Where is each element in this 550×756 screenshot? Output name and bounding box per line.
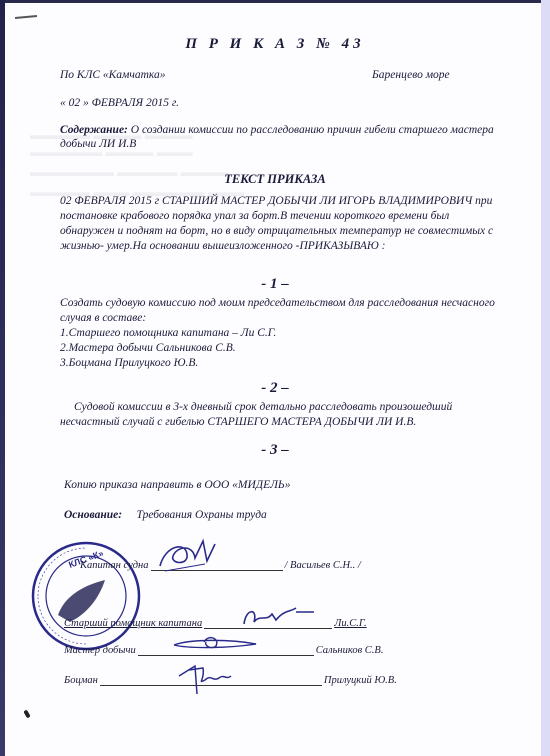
body-line: обнаружен и поднят на борт, но в виду от… (60, 224, 493, 239)
item-number-3: - 3 – (0, 442, 550, 459)
signature-name: / Васильев С.Н.. / (285, 560, 361, 571)
order-body: 02 ФЕВРАЛЯ 2015 г СТАРШИЙ МАСТЕР ДОБЫЧИ … (60, 194, 493, 254)
body-line: 02 ФЕВРАЛЯ 2015 г СТАРШИЙ МАСТЕР ДОБЫЧИ … (60, 194, 493, 209)
item-1-text: Создать судовую комиссию под моим предсе… (60, 296, 495, 371)
ship-stamp: КЛС «К» (30, 540, 142, 652)
signature-name: Ли.С.Г. (334, 618, 366, 629)
item-line: Создать судовую комиссию под моим предсе… (60, 296, 495, 311)
item-number-1: - 1 – (0, 276, 550, 293)
location: Баренцево море (372, 68, 450, 82)
subject-label: Содержание: (60, 124, 128, 136)
subject-line: Содержание: О создании комиссии по рассл… (60, 123, 494, 137)
item-line: случая в составе: (60, 311, 495, 326)
body-line: постановке крабового порядка упал за бор… (60, 209, 493, 224)
scan-edge-right (541, 0, 550, 756)
item-line: несчастный случай с гибелью СТАРШЕГО МАС… (60, 415, 452, 430)
ink-spot (23, 710, 30, 719)
item-line: 2.Мастера добычи Сальникова С.В. (60, 341, 495, 356)
pen-mark (15, 15, 37, 19)
order-date: « 02 » ФЕВРАЛЯ 2015 г. (60, 96, 179, 110)
subject-text: О создании комиссии по расследованию при… (131, 124, 494, 136)
basis-line: Основание: Требования Охраны труда (64, 508, 267, 522)
order-title: П Р И К А З № 43 (0, 36, 550, 53)
item-line: 3.Боцмана Прилуцкого Ю.В. (60, 356, 495, 371)
scan-edge-left (0, 0, 5, 756)
signature-name: Прилуцкий Ю.В. (324, 675, 397, 686)
signature-row-first-mate: Старший помощник капитана Ли.С.Г. (64, 616, 367, 629)
section-heading: ТЕКСТ ПРИКАЗА (0, 172, 550, 187)
basis-label: Основание: (64, 509, 122, 521)
subject-line-2: добычи ЛИ И.В (60, 137, 136, 151)
item-2-text: Судовой комиссии в 3-х дневный срок дета… (60, 400, 452, 430)
body-line: жизнью- умер.На основании вышеизложенног… (60, 239, 493, 254)
vessel-name: По КЛС «Камчатка» (60, 68, 166, 82)
first-mate-signature (240, 604, 320, 628)
scan-edge-top (0, 0, 550, 3)
item-number-2: - 2 – (0, 380, 550, 397)
signature-name: Сальников С.В. (316, 645, 384, 656)
captain-signature (155, 536, 235, 576)
signature-role: Боцман (64, 675, 98, 686)
signature-role: Старший помощник капитана (64, 618, 202, 629)
signature-role: Мастер добычи (64, 645, 136, 656)
item-line: 1.Старшего помощника капитана – Ли С.Г. (60, 326, 495, 341)
item-3-text: Копию приказа направить в ООО «МИДЕЛЬ» (64, 478, 290, 492)
fishing-master-signature (170, 636, 260, 652)
basis-text: Требования Охраны труда (136, 509, 266, 521)
item-line: Судовой комиссии в 3-х дневный срок дета… (60, 400, 452, 415)
signature-role: Капитан судна (80, 560, 149, 571)
boatswain-signature (175, 660, 235, 696)
